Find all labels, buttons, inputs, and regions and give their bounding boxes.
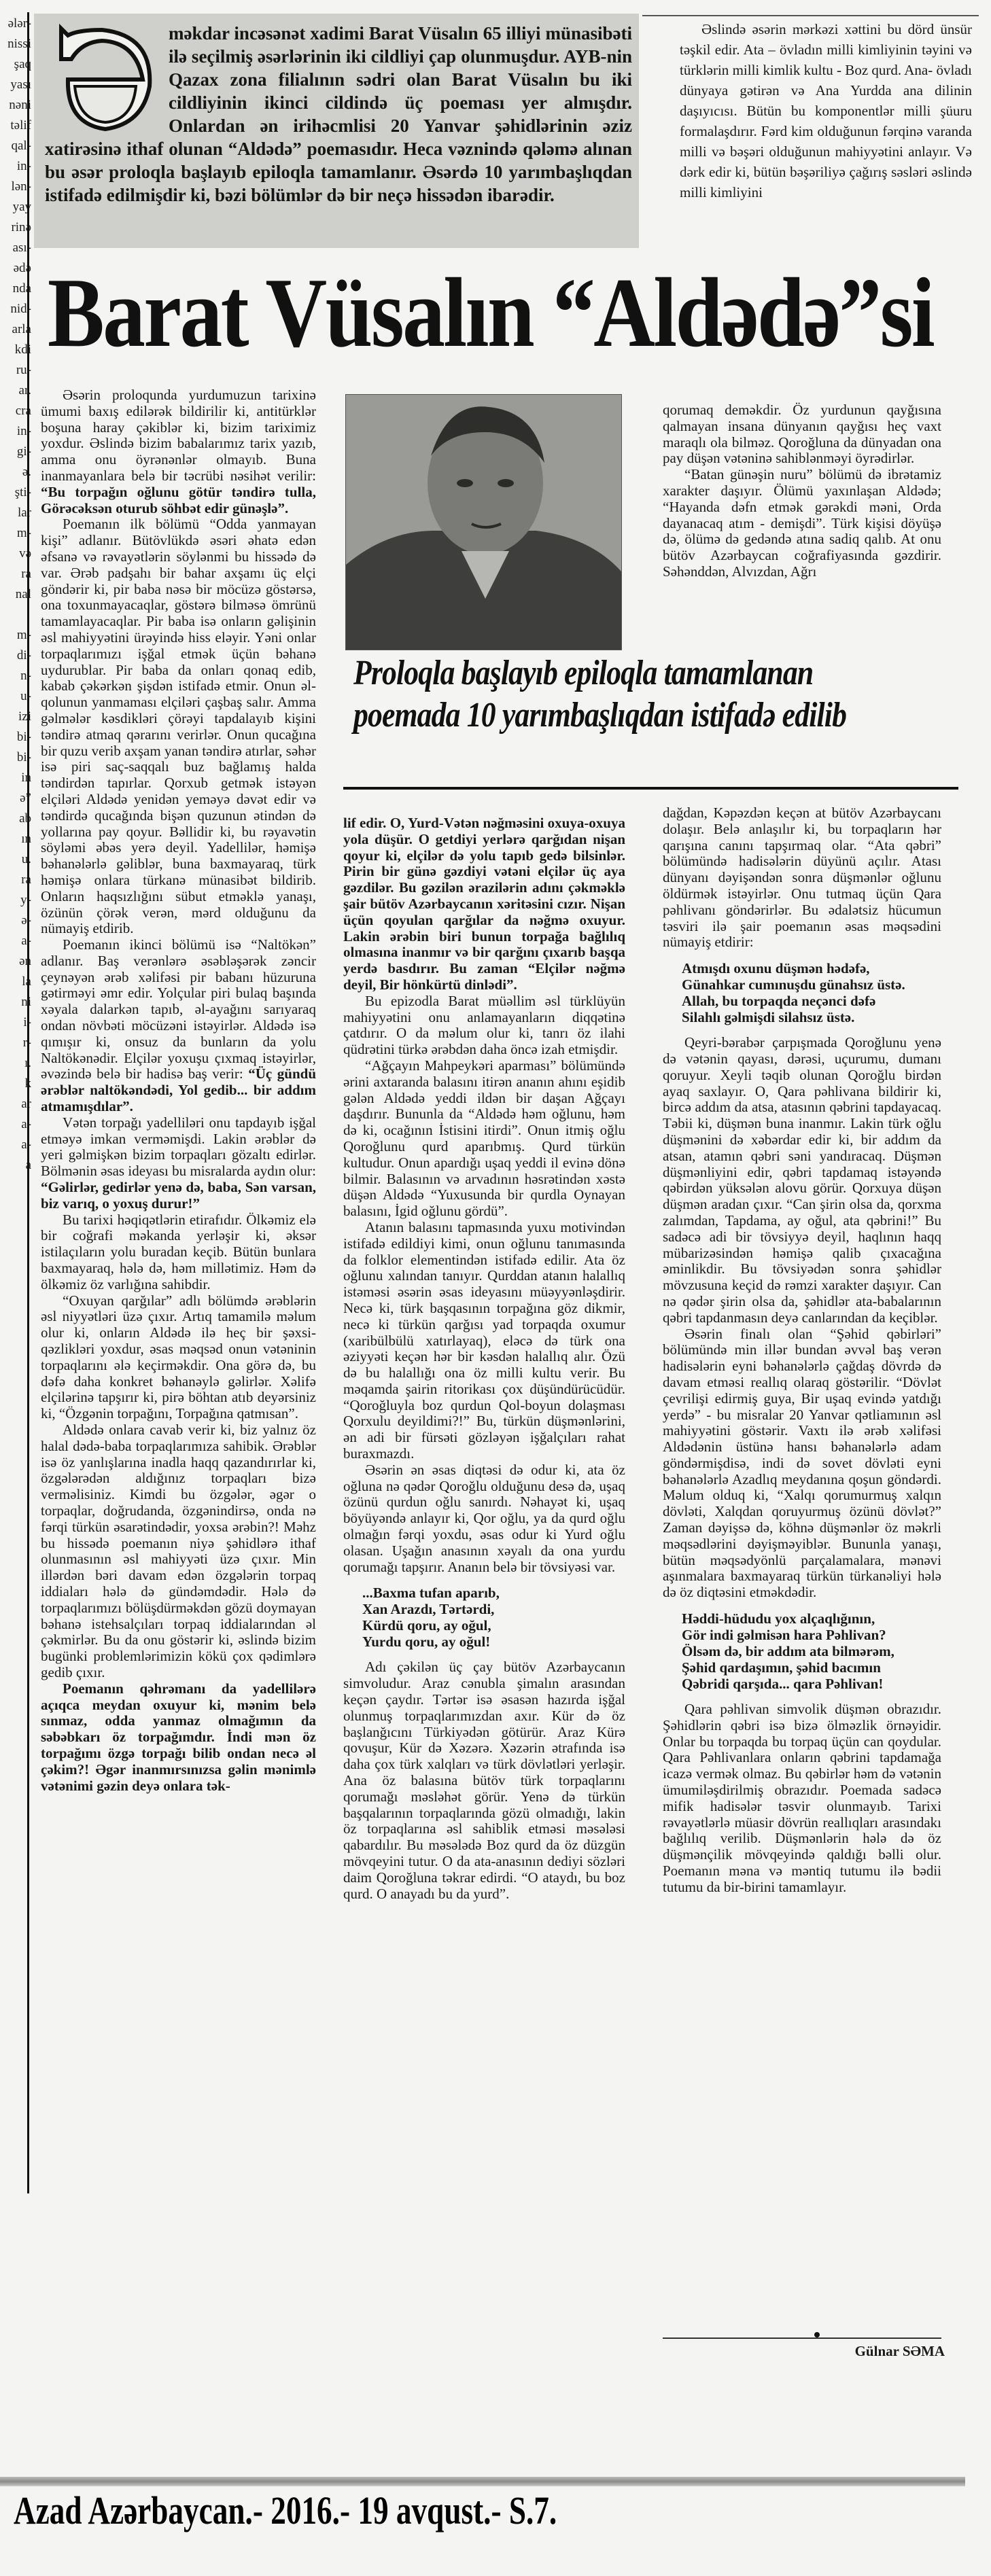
verse-line: Şəhid qardaşımın, şəhid bacımın xyxy=(682,1659,941,1676)
subheadline-rule xyxy=(343,787,958,790)
verse-line: Allah, bu torpaqda neçənci dəfə xyxy=(682,993,941,1009)
paragraph: Əsərin finalı olan “Şəhid qəbirləri” böl… xyxy=(663,1326,941,1602)
newspaper-page: ələr-nissişaqyasınənitəlifqal-in-lən-yay… xyxy=(0,0,991,2576)
paragraph: “Batan günəşin nuru” bölümü də ibrətamiz… xyxy=(663,467,941,580)
paragraph: Qeyri-bərabər çarpışmada Qoroğlunu yenə … xyxy=(663,1035,941,1326)
paragraph: Bu tarixi həqiqətlərin etirafıdır. Ölkəm… xyxy=(41,1212,316,1293)
top-right-text: Əslində əsərin mərkəzi xəttini bu dörd ü… xyxy=(680,19,972,202)
quote-bold: “Gəlirlər, gedirlər yenə də, baba, Sən v… xyxy=(41,1179,316,1212)
author-photo xyxy=(345,394,622,650)
signature-rule xyxy=(663,2337,941,2339)
verse-line: Həddi-hüdudu yox alçaqlığının, xyxy=(682,1610,941,1627)
column-divider xyxy=(27,12,29,2193)
verse-line: Gör indi gəlmisən hara Pəhlivan? xyxy=(682,1627,941,1643)
author-signature: Gülnar SƏMA xyxy=(816,2343,945,2360)
paragraph: qorumaq deməkdir. Öz yurdunun qayğısına … xyxy=(663,402,941,467)
paragraph: Adı çəkilən üç çay bütöv Azərbaycanın si… xyxy=(343,1659,625,1902)
paragraph-bold: lif edir. O, Yurd-Vətən nəğməsini oxuya-… xyxy=(343,815,625,993)
headline: Barat Vüsalın “Aldədə”si xyxy=(48,258,866,367)
lead-paragraph-box: məkdar incəsənət xadimi Barat Vüsalın 65… xyxy=(34,14,639,248)
drop-cap-schwa-icon xyxy=(41,22,156,134)
quote-bold: “Bu torpağın oğlunu götür təndirə tulla,… xyxy=(41,484,316,516)
paragraph: Poemanın ikinci bölümü isə “Naltökən” ad… xyxy=(41,936,316,1082)
paragraph: dağdan, Kəpəzdən keçən at bütöv Azərbayc… xyxy=(663,805,941,951)
verse-line: ...Baxma tufan aparıb, xyxy=(362,1585,625,1601)
verse-line: Kürdü qoru, ay oğul, xyxy=(362,1617,625,1634)
paragraph: “Ağçayın Mahpeykəri aparması” bölümündə … xyxy=(343,1058,625,1220)
column-2: lif edir. O, Yurd-Vətən nəğməsini oxuya-… xyxy=(343,815,625,2174)
verse-line: Ölsəm də, bir addım ata bilmərəm, xyxy=(682,1643,941,1659)
paragraph: Əsərin proloqunda yurdumuzun tarixinə üm… xyxy=(41,387,316,484)
subheadline-line-1: Proloqla başlayıb epiloqla tamamlanan xyxy=(353,652,879,694)
scan-edge-band xyxy=(0,2477,965,2486)
verse-block: Həddi-hüdudu yox alçaqlığının, Gör indi … xyxy=(682,1610,941,1692)
verse-line: Yurdu qoru, ay oğul! xyxy=(362,1634,625,1650)
subheadline-line-2: poemada 10 yarımbaşlıqdan istifadə edili… xyxy=(353,694,879,737)
column-3-lower: dağdan, Kəpəzdən keçən at bütöv Azərbayc… xyxy=(663,805,941,1896)
verse-line: Xan Arazdı, Tərtərdi, xyxy=(362,1601,625,1617)
subheadline: Proloqla başlayıb epiloqla tamamlanan po… xyxy=(353,652,879,737)
paragraph: Aldədə onlara cavab verir ki, biz yalnız… xyxy=(41,1422,316,1681)
paragraph: Vətən torpağı yadelliləri onu tapdayıb i… xyxy=(41,1114,316,1179)
paragraph: Atanın balasını tapmasında yuxu motivind… xyxy=(343,1220,625,1462)
top-rule xyxy=(642,15,979,16)
drop-cap xyxy=(41,22,156,134)
paragraph: Qara pəhlivan simvolik düşmən obrazıdır.… xyxy=(663,1701,941,1896)
column-3-upper: qorumaq deməkdir. Öz yurdunun qayğısına … xyxy=(663,402,941,580)
column-1: Əsərin proloqunda yurdumuzun tarixinə üm… xyxy=(41,387,316,2185)
source-citation: Azad Azərbaycan.- 2016.- 19 avqust.- S.7… xyxy=(14,2487,557,2535)
paragraph: Əsərin ən əsas diqtəsi də odur ki, ata ö… xyxy=(343,1462,625,1576)
paragraph: Bu epizodla Barat müəllim əsl türklüyün … xyxy=(343,993,625,1058)
verse-line: Silahlı gəlmişdi silahsız üstə. xyxy=(682,1009,941,1025)
verse-line: Qəbridi qarşıda... qara Pəhlivan! xyxy=(682,1676,941,1692)
verse-line: Atmışdı oxunu düşmən hədəfə, xyxy=(682,960,941,976)
verse-line: Günahkar cumınuşdu günahsız üstə. xyxy=(682,976,941,993)
verse-block: ...Baxma tufan aparıb, Xan Arazdı, Tərtə… xyxy=(362,1585,625,1650)
bullet-dot-icon xyxy=(814,2332,820,2337)
portrait-photo-icon xyxy=(346,395,621,650)
verse-block: Atmışdı oxunu düşmən hədəfə, Günahkar cu… xyxy=(682,960,941,1025)
paragraph: Poemanın ilk bölümü “Odda yanmayan kişi”… xyxy=(41,516,316,937)
top-right-column: Əslində əsərin mərkəzi xəttini bu dörd ü… xyxy=(680,19,972,202)
paragraph: “Oxuyan qarğılar” adlı bölümdə ərəblərin… xyxy=(41,1293,316,1422)
paragraph-bold: Poemanın qəhrəmanı da yadellilərə açıqca… xyxy=(41,1680,316,1794)
